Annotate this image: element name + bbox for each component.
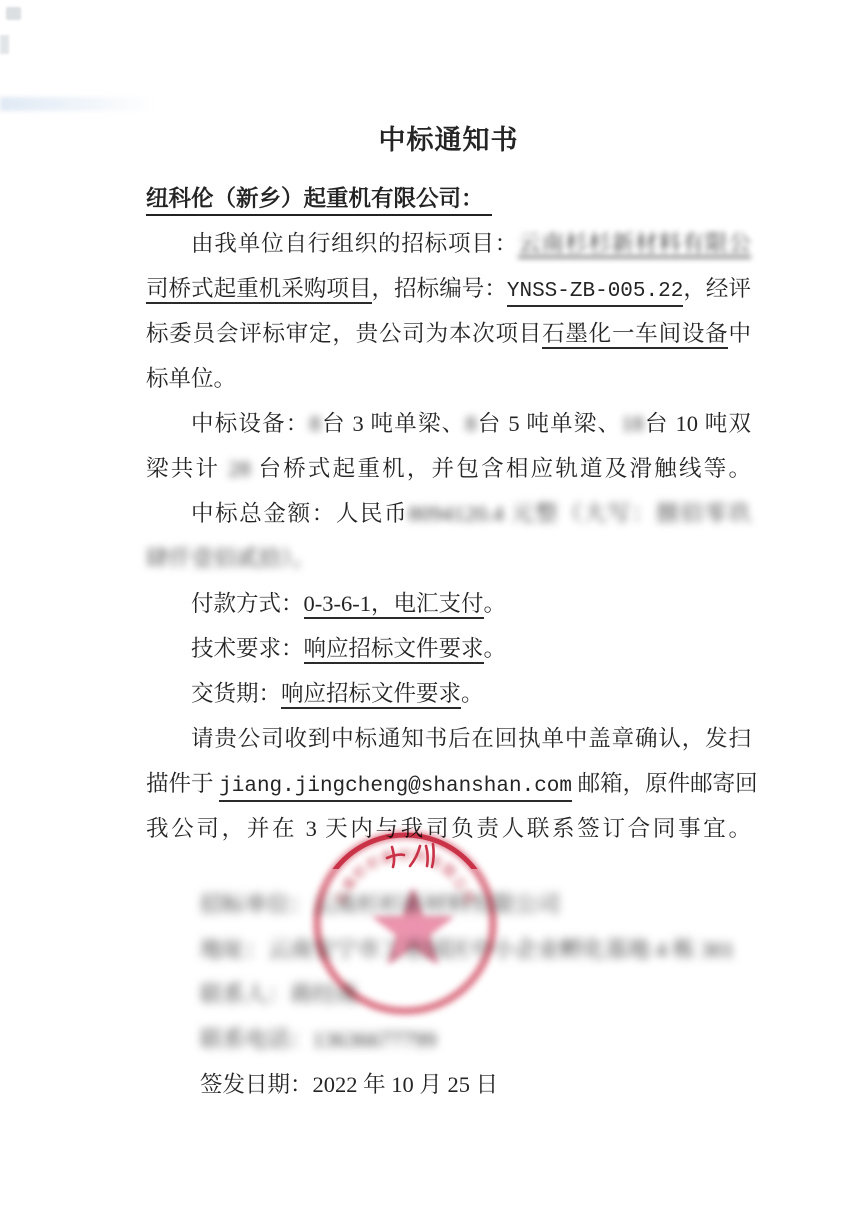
text-segment: jiang.jingcheng@shanshan.com — [219, 775, 572, 802]
text-segment: 交货期： — [191, 681, 281, 706]
para-amount-line2: 肆仟壹佰贰拾）。 — [146, 536, 751, 581]
text-segment: 描件于 — [146, 771, 219, 796]
text-segment: ，经评 — [683, 276, 751, 301]
star-icon — [375, 890, 451, 962]
issue-date-line: 签发日期：2022 年 10 月 25 日 — [200, 1062, 770, 1107]
text-segment: 。 — [461, 681, 484, 706]
para-equipment-line2: 梁共计 28 台桥式起重机，并包含相应轨道及滑触线等。 — [146, 446, 751, 491]
text-segment: YNSS-ZB-005.22 — [507, 280, 683, 307]
redacted-text: 8094120.4 元整（大写：捌佰零玖 — [408, 501, 751, 526]
text-segment: 台桥式起重机，并包含相应轨道及滑触线等。 — [251, 456, 751, 481]
text-segment: 请贵公司收到中标通知书后在回执单中盖章确认，发扫 — [191, 726, 751, 751]
text-segment: 中 — [728, 321, 751, 346]
scan-artifact — [0, 97, 155, 111]
redacted-text: 8 — [310, 411, 321, 436]
text-segment: 响应招标文件要求 — [304, 636, 484, 664]
scan-artifact — [6, 7, 21, 20]
redacted-text: 18 — [621, 411, 644, 436]
text-segment: 邮箱，原件邮寄回 — [572, 771, 758, 796]
para-technical: 技术要求：响应招标文件要求。 — [146, 626, 751, 671]
text-segment: 0-3-6-1，电汇支付 — [304, 591, 484, 619]
text-segment: 。 — [484, 636, 507, 661]
seal-text: 云南杉杉新材料有限公司 — [333, 847, 479, 908]
para-project-line2: 司桥式起重机采购项目，招标编号：YNSS-ZB-005.22，经评 — [146, 266, 751, 311]
para-project-line3: 标委员会评标审定，贵公司为本次项目石墨化一车间设备中 — [146, 311, 751, 356]
text-segment: 响应招标文件要求 — [281, 681, 461, 709]
company-seal-stamp: 云南杉杉新材料有限公司 — [293, 811, 517, 1035]
text-segment: 石墨化一车间设备 — [542, 321, 728, 349]
text-segment: 技术要求： — [191, 636, 304, 661]
text-segment: 梁共计 — [146, 456, 228, 481]
para-project-line1: 由我单位自行组织的招标项目：云南杉杉新材料有限公 — [146, 221, 751, 266]
text-segment: 标单位。 — [146, 366, 236, 391]
text-segment: 标委员会评标审定，贵公司为本次项目 — [146, 321, 542, 346]
document-body: 纽科伦（新乡）起重机有限公司：由我单位自行组织的招标项目：云南杉杉新材料有限公司… — [146, 176, 751, 851]
text-segment: 台 10 吨双 — [644, 411, 751, 436]
para-equipment-line1: 中标设备：8台 3 吨单梁、8台 5 吨单梁、18台 10 吨双 — [146, 401, 751, 446]
para-project-line4: 标单位。 — [146, 356, 751, 401]
text-segment: ，招标编号： — [372, 276, 507, 301]
salutation: 纽科伦（新乡）起重机有限公司： — [146, 176, 751, 221]
para-delivery: 交货期：响应招标文件要求。 — [146, 671, 751, 716]
document-content: 中标通知书 纽科伦（新乡）起重机有限公司：由我单位自行组织的招标项目：云南杉杉新… — [146, 122, 751, 851]
para-payment: 付款方式：0-3-6-1，电汇支付。 — [146, 581, 751, 626]
text-segment: 纽科伦（新乡）起重机有限公司： — [146, 186, 492, 216]
para-closing-line1: 请贵公司收到中标通知书后在回执单中盖章确认，发扫 — [146, 716, 751, 761]
redacted-text: 8 — [465, 411, 476, 436]
scan-artifact — [0, 35, 9, 54]
redacted-text: 肆仟壹佰贰拾）。 — [146, 546, 315, 571]
text-segment: 由我单位自行组织的招标项目： — [191, 231, 518, 256]
page-title: 中标通知书 — [146, 122, 751, 160]
text-segment: 付款方式： — [191, 591, 304, 616]
redacted-text: 云南杉杉新材料有限公 — [518, 231, 751, 258]
text-segment: 。 — [484, 591, 507, 616]
para-closing-line2: 描件于 jiang.jingcheng@shanshan.com 邮箱，原件邮寄… — [146, 761, 751, 806]
para-amount-line1: 中标总金额：人民币8094120.4 元整（大写：捌佰零玖 — [146, 491, 751, 536]
text-segment: 中标设备： — [191, 411, 310, 436]
text-segment: 签发日期：2022 年 10 月 25 日 — [200, 1072, 498, 1097]
document-page: 中标通知书 纽科伦（新乡）起重机有限公司：由我单位自行组织的招标项目：云南杉杉新… — [0, 0, 861, 1218]
text-segment: 台 3 吨单梁、 — [321, 411, 466, 436]
text-segment: 中标总金额：人民币 — [191, 501, 408, 526]
redacted-text: 28 — [228, 456, 251, 481]
text-segment: 台 5 吨单梁、 — [477, 411, 622, 436]
text-segment: 司桥式起重机采购项目 — [146, 276, 372, 304]
